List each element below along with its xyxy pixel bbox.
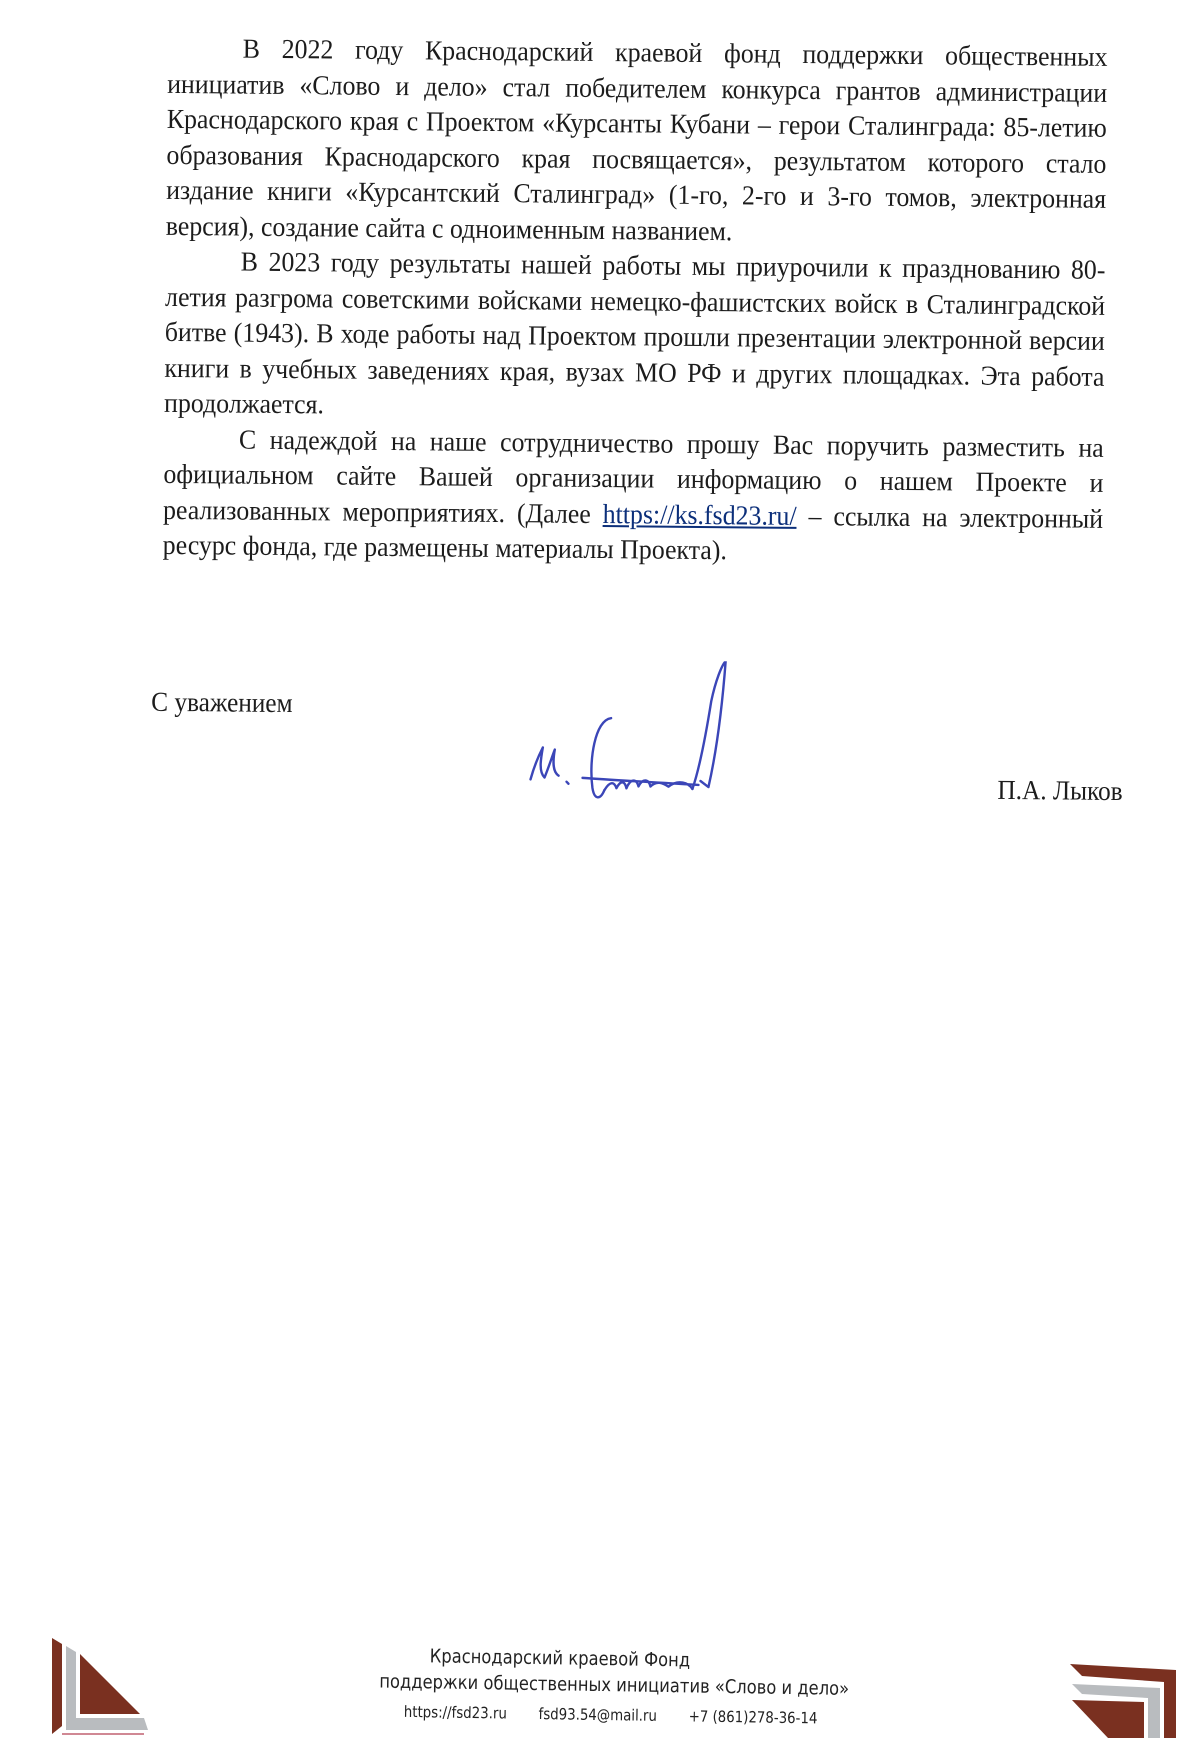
paragraph-2023: В 2023 году результаты нашей работы мы п… [164, 243, 1106, 430]
website-link[interactable]: https://fsd23.ru [404, 1703, 507, 1723]
letter-page: В 2022 году Краснодарский краевой фонд п… [0, 0, 1200, 1741]
email-link[interactable]: fsd93.54@mail.ru [538, 1705, 657, 1725]
org-name-line1: Краснодарский краевой Фонд [430, 1645, 691, 1671]
phone-number: +7 (861)278-36-14 [689, 1707, 818, 1727]
paragraph-request: С надеждой на наше сотрудничество прошу … [163, 420, 1104, 571]
foundation-logo-left-icon [48, 1630, 148, 1740]
project-link[interactable]: https://ks.fsd23.ru/ [603, 498, 797, 531]
letter-body: В 2022 году Краснодарский краевой фонд п… [163, 30, 1108, 571]
signature-icon [522, 659, 783, 811]
signer-name: П.А. Лыков [997, 774, 1123, 807]
foundation-logo-right-icon [1068, 1660, 1180, 1741]
paragraph-2022: В 2022 году Краснодарский краевой фонд п… [166, 30, 1108, 252]
closing-phrase: С уважением [151, 686, 293, 719]
